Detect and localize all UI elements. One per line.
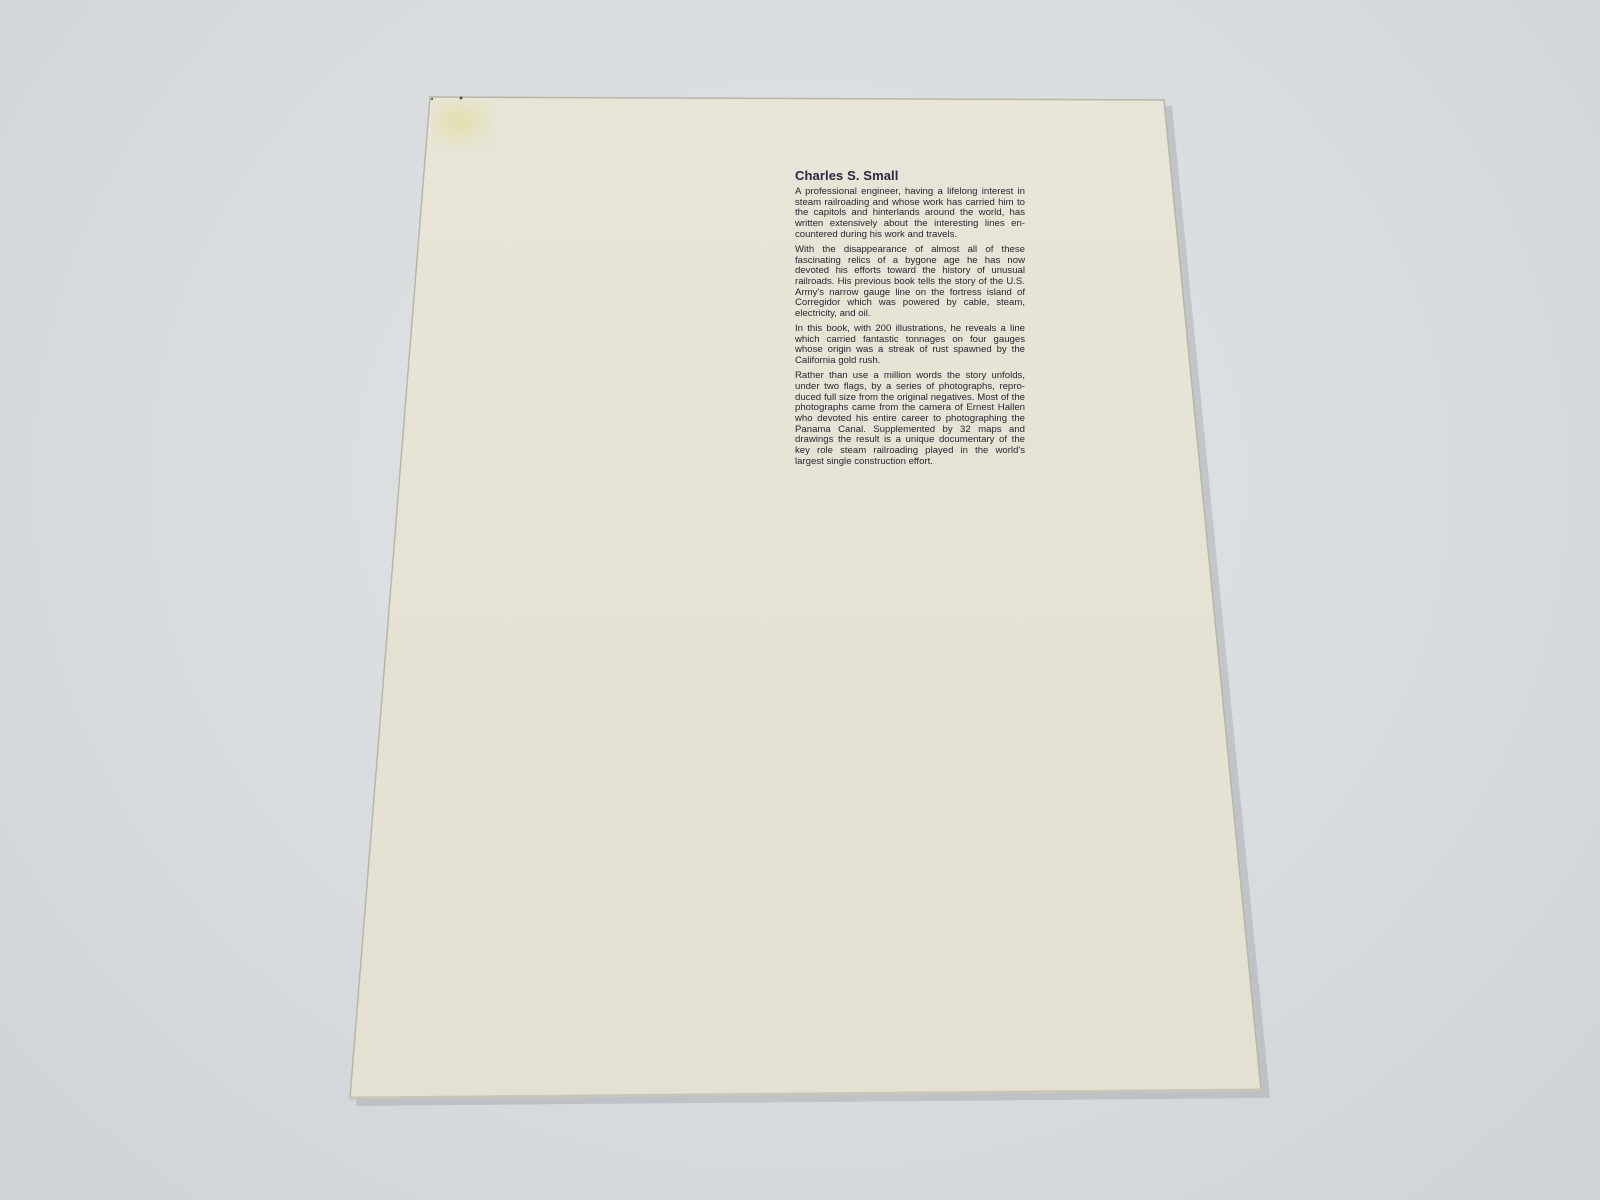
bio-paragraph-4: Rather than use a million words the stor…: [795, 371, 1025, 467]
bio-paragraph-2: With the disappearance of almost all of …: [795, 245, 1025, 320]
bio-paragraph-1: A professional engineer, having a lifelo…: [795, 187, 1025, 241]
bio-paragraph-3: In this book, with 200 illustrations, he…: [795, 324, 1025, 367]
author-name: Charles S. Small: [795, 168, 1025, 184]
cover-stain: [432, 100, 494, 148]
author-bio: Charles S. Small A professional engineer…: [795, 168, 1025, 472]
photo-scene: Charles S. Small A professional engineer…: [0, 0, 1600, 1200]
